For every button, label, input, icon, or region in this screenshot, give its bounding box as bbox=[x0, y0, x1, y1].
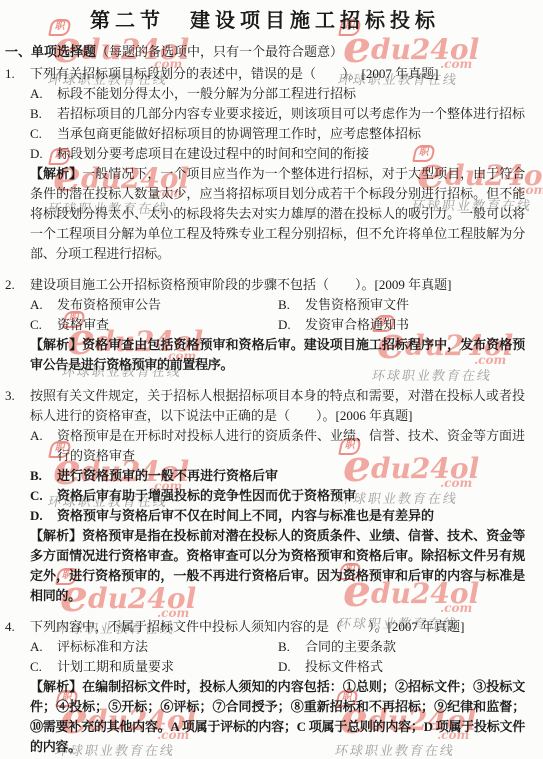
option-b: B. 进行资格预审的一般不再进行资格后审 bbox=[30, 466, 525, 486]
option-label: D. bbox=[30, 144, 57, 164]
analysis-text: 一般情况下，一个项目应当作为一个整体进行招标，对于大型项目，由于符合条件的潜在投… bbox=[30, 166, 525, 261]
question-number: 2. bbox=[5, 275, 30, 295]
option-label: B. bbox=[30, 104, 57, 124]
option-label: A. bbox=[30, 295, 57, 315]
analysis-label: 【解析】 bbox=[30, 528, 82, 543]
option-c: C. 当承包商更能做好招标项目的协调管理工作时，应考虑整体招标 bbox=[30, 124, 525, 144]
analysis-label: 【解析】 bbox=[30, 166, 82, 181]
option-text: 资格后审有助于增强投标的竞争性因而优于资格预审 bbox=[57, 486, 525, 506]
option-label: A. bbox=[30, 637, 57, 657]
question-text: 下列有关招标项目标段划分的表述中，错误的是（ ）。[2007 年真题] bbox=[30, 64, 525, 84]
option-label: A. bbox=[30, 84, 57, 104]
option-label: A. bbox=[30, 426, 57, 466]
option-b: B. 若招标项目的几部分内容专业要求接近，则该项目可以考虑作为一个整体进行招标 bbox=[30, 104, 525, 124]
analysis-label: 【解析】 bbox=[30, 679, 82, 694]
analysis-text: 在编制招标文件时，投标人须知的内容包括：①总则；②招标文件；③投标文件；④投标；… bbox=[30, 679, 525, 754]
option-text: 若招标项目的几部分内容专业要求接近，则该项目可以考虑作为一个整体进行招标 bbox=[57, 104, 525, 124]
option-label: D. bbox=[278, 315, 305, 335]
question-stem: 3. 按照有关文件规定，关于招标人根据招标项目本身的特点和需要，对潜在投标人或者… bbox=[5, 386, 525, 426]
option-text: 合同的主要条款 bbox=[305, 637, 525, 657]
analysis-paragraph: 【解析】资格审查由包括资格预审和资格后审。建设项目施工招标程序中，发布资格预审公… bbox=[30, 335, 525, 375]
option-a: A. 发布资格预审公告 bbox=[30, 295, 278, 315]
question-stem: 1. 下列有关招标项目标段划分的表述中，错误的是（ ）。[2007 年真题] bbox=[5, 64, 525, 84]
option-text: 发布资格预审公告 bbox=[57, 295, 278, 315]
option-d: D. 资格预审与资格后审不仅在时间上不同，内容与标准也是有差异的 bbox=[30, 506, 525, 526]
option-label: C. bbox=[30, 124, 57, 144]
document-page: 职 e du24ol .com 环球职业教育在线 职 e du24ol .com… bbox=[0, 0, 543, 759]
analysis-paragraph: 【解析】资格预审是指在投标前对潜在投标人的资质条件、业绩、信誉、技术、资金等多方… bbox=[30, 526, 525, 606]
option-label: B. bbox=[278, 637, 305, 657]
option-text: 标段不能划分得太小，一般分解为分部工程进行招标 bbox=[57, 84, 525, 104]
question-number: 4. bbox=[5, 617, 30, 637]
section-note: （每题的备选项中，只有一个最符合题意） bbox=[96, 44, 343, 59]
option-grid: A. 评标标准和方法 B. 合同的主要条款 C. 计划工期和质量要求 D. 投标… bbox=[30, 637, 525, 677]
option-text: 标段划分要考虑项目在建设过程中的时间和空间的衔接 bbox=[57, 144, 525, 164]
option-grid: A. 发布资格预审公告 B. 发售资格预审文件 C. 资格审查 D. 发资审合格… bbox=[30, 295, 525, 335]
page-content: 第二节 建设项目施工招标投标 一、单项选择题（每题的备选项中，只有一个最符合题意… bbox=[0, 0, 543, 757]
question-number: 3. bbox=[5, 386, 30, 426]
question-2: 2. 建设项目施工公开招标资格预审阶段的步骤不包括（ ）。[2009 年真题] … bbox=[5, 275, 525, 375]
option-text: 进行资格预审的一般不再进行资格后审 bbox=[57, 466, 525, 486]
option-label: B. bbox=[30, 466, 57, 486]
question-1: 1. 下列有关招标项目标段划分的表述中，错误的是（ ）。[2007 年真题] A… bbox=[5, 64, 525, 264]
option-b: B. 合同的主要条款 bbox=[278, 637, 525, 657]
option-text: 资格审查 bbox=[57, 315, 278, 335]
option-label: D. bbox=[30, 506, 57, 526]
option-label: C. bbox=[30, 657, 57, 677]
question-text: 下列内容中，不属于招标文件中投标人须知内容的是（ ）。[2007 年真题] bbox=[30, 617, 525, 637]
question-stem: 2. 建设项目施工公开招标资格预审阶段的步骤不包括（ ）。[2009 年真题] bbox=[5, 275, 525, 295]
option-text: 资格预审与资格后审不仅在时间上不同，内容与标准也是有差异的 bbox=[57, 506, 525, 526]
option-d: D. 发资审合格通知书 bbox=[278, 315, 525, 335]
option-b: B. 发售资格预审文件 bbox=[278, 295, 525, 315]
option-text: 当承包商更能做好招标项目的协调管理工作时，应考虑整体招标 bbox=[57, 124, 525, 144]
question-text: 按照有关文件规定，关于招标人根据招标项目本身的特点和需要，对潜在投标人或者投标人… bbox=[30, 386, 525, 426]
option-a: A. 资格预审是在开标时对投标人进行的资质条件、业绩、信誉、技术、资金等方面进行… bbox=[30, 426, 525, 466]
question-3: 3. 按照有关文件规定，关于招标人根据招标项目本身的特点和需要，对潜在投标人或者… bbox=[5, 386, 525, 606]
question-stem: 4. 下列内容中，不属于招标文件中投标人须知内容的是（ ）。[2007 年真题] bbox=[5, 617, 525, 637]
option-d: D. 标段划分要考虑项目在建设过程中的时间和空间的衔接 bbox=[30, 144, 525, 164]
analysis-paragraph: 【解析】一般情况下，一个项目应当作为一个整体进行招标，对于大型项目，由于符合条件… bbox=[30, 164, 525, 264]
option-c: C. 计划工期和质量要求 bbox=[30, 657, 278, 677]
question-4: 4. 下列内容中，不属于招标文件中投标人须知内容的是（ ）。[2007 年真题]… bbox=[5, 617, 525, 757]
question-text: 建设项目施工公开招标资格预审阶段的步骤不包括（ ）。[2009 年真题] bbox=[30, 275, 525, 295]
analysis-text: 资格审查由包括资格预审和资格后审。建设项目施工招标程序中，发布资格预审公告是进行… bbox=[30, 337, 525, 372]
option-c: C. 资格审查 bbox=[30, 315, 278, 335]
option-text: 评标标准和方法 bbox=[57, 637, 278, 657]
option-text: 发资审合格通知书 bbox=[305, 315, 525, 335]
analysis-paragraph: 【解析】在编制招标文件时，投标人须知的内容包括：①总则；②招标文件；③投标文件；… bbox=[30, 677, 525, 757]
option-text: 资格预审是在开标时对投标人进行的资质条件、业绩、信誉、技术、资金等方面进行的资格… bbox=[57, 426, 525, 466]
option-text: 投标文件格式 bbox=[305, 657, 525, 677]
option-text: 发售资格预审文件 bbox=[305, 295, 525, 315]
option-a: A. 标段不能划分得太小，一般分解为分部工程进行招标 bbox=[30, 84, 525, 104]
option-d: D. 投标文件格式 bbox=[278, 657, 525, 677]
option-c: C. 资格后审有助于增强投标的竞争性因而优于资格预审 bbox=[30, 486, 525, 506]
option-label: D. bbox=[278, 657, 305, 677]
question-type-heading: 一、单项选择题（每题的备选项中，只有一个最符合题意） bbox=[5, 42, 525, 62]
analysis-label: 【解析】 bbox=[30, 337, 82, 352]
option-label: C. bbox=[30, 315, 57, 335]
option-list: A. 标段不能划分得太小，一般分解为分部工程进行招标 B. 若招标项目的几部分内… bbox=[30, 84, 525, 164]
option-list: A. 资格预审是在开标时对投标人进行的资质条件、业绩、信誉、技术、资金等方面进行… bbox=[30, 426, 525, 526]
analysis-text: 资格预审是指在投标前对潜在投标人的资质条件、业绩、信誉、技术、资金等多方面情况进… bbox=[30, 528, 525, 603]
option-label: C. bbox=[30, 486, 57, 506]
option-a: A. 评标标准和方法 bbox=[30, 637, 278, 657]
option-label: B. bbox=[278, 295, 305, 315]
section-label: 一、单项选择题 bbox=[5, 44, 96, 59]
question-number: 1. bbox=[5, 64, 30, 84]
page-title: 第二节 建设项目施工招标投标 bbox=[5, 8, 525, 34]
option-text: 计划工期和质量要求 bbox=[57, 657, 278, 677]
